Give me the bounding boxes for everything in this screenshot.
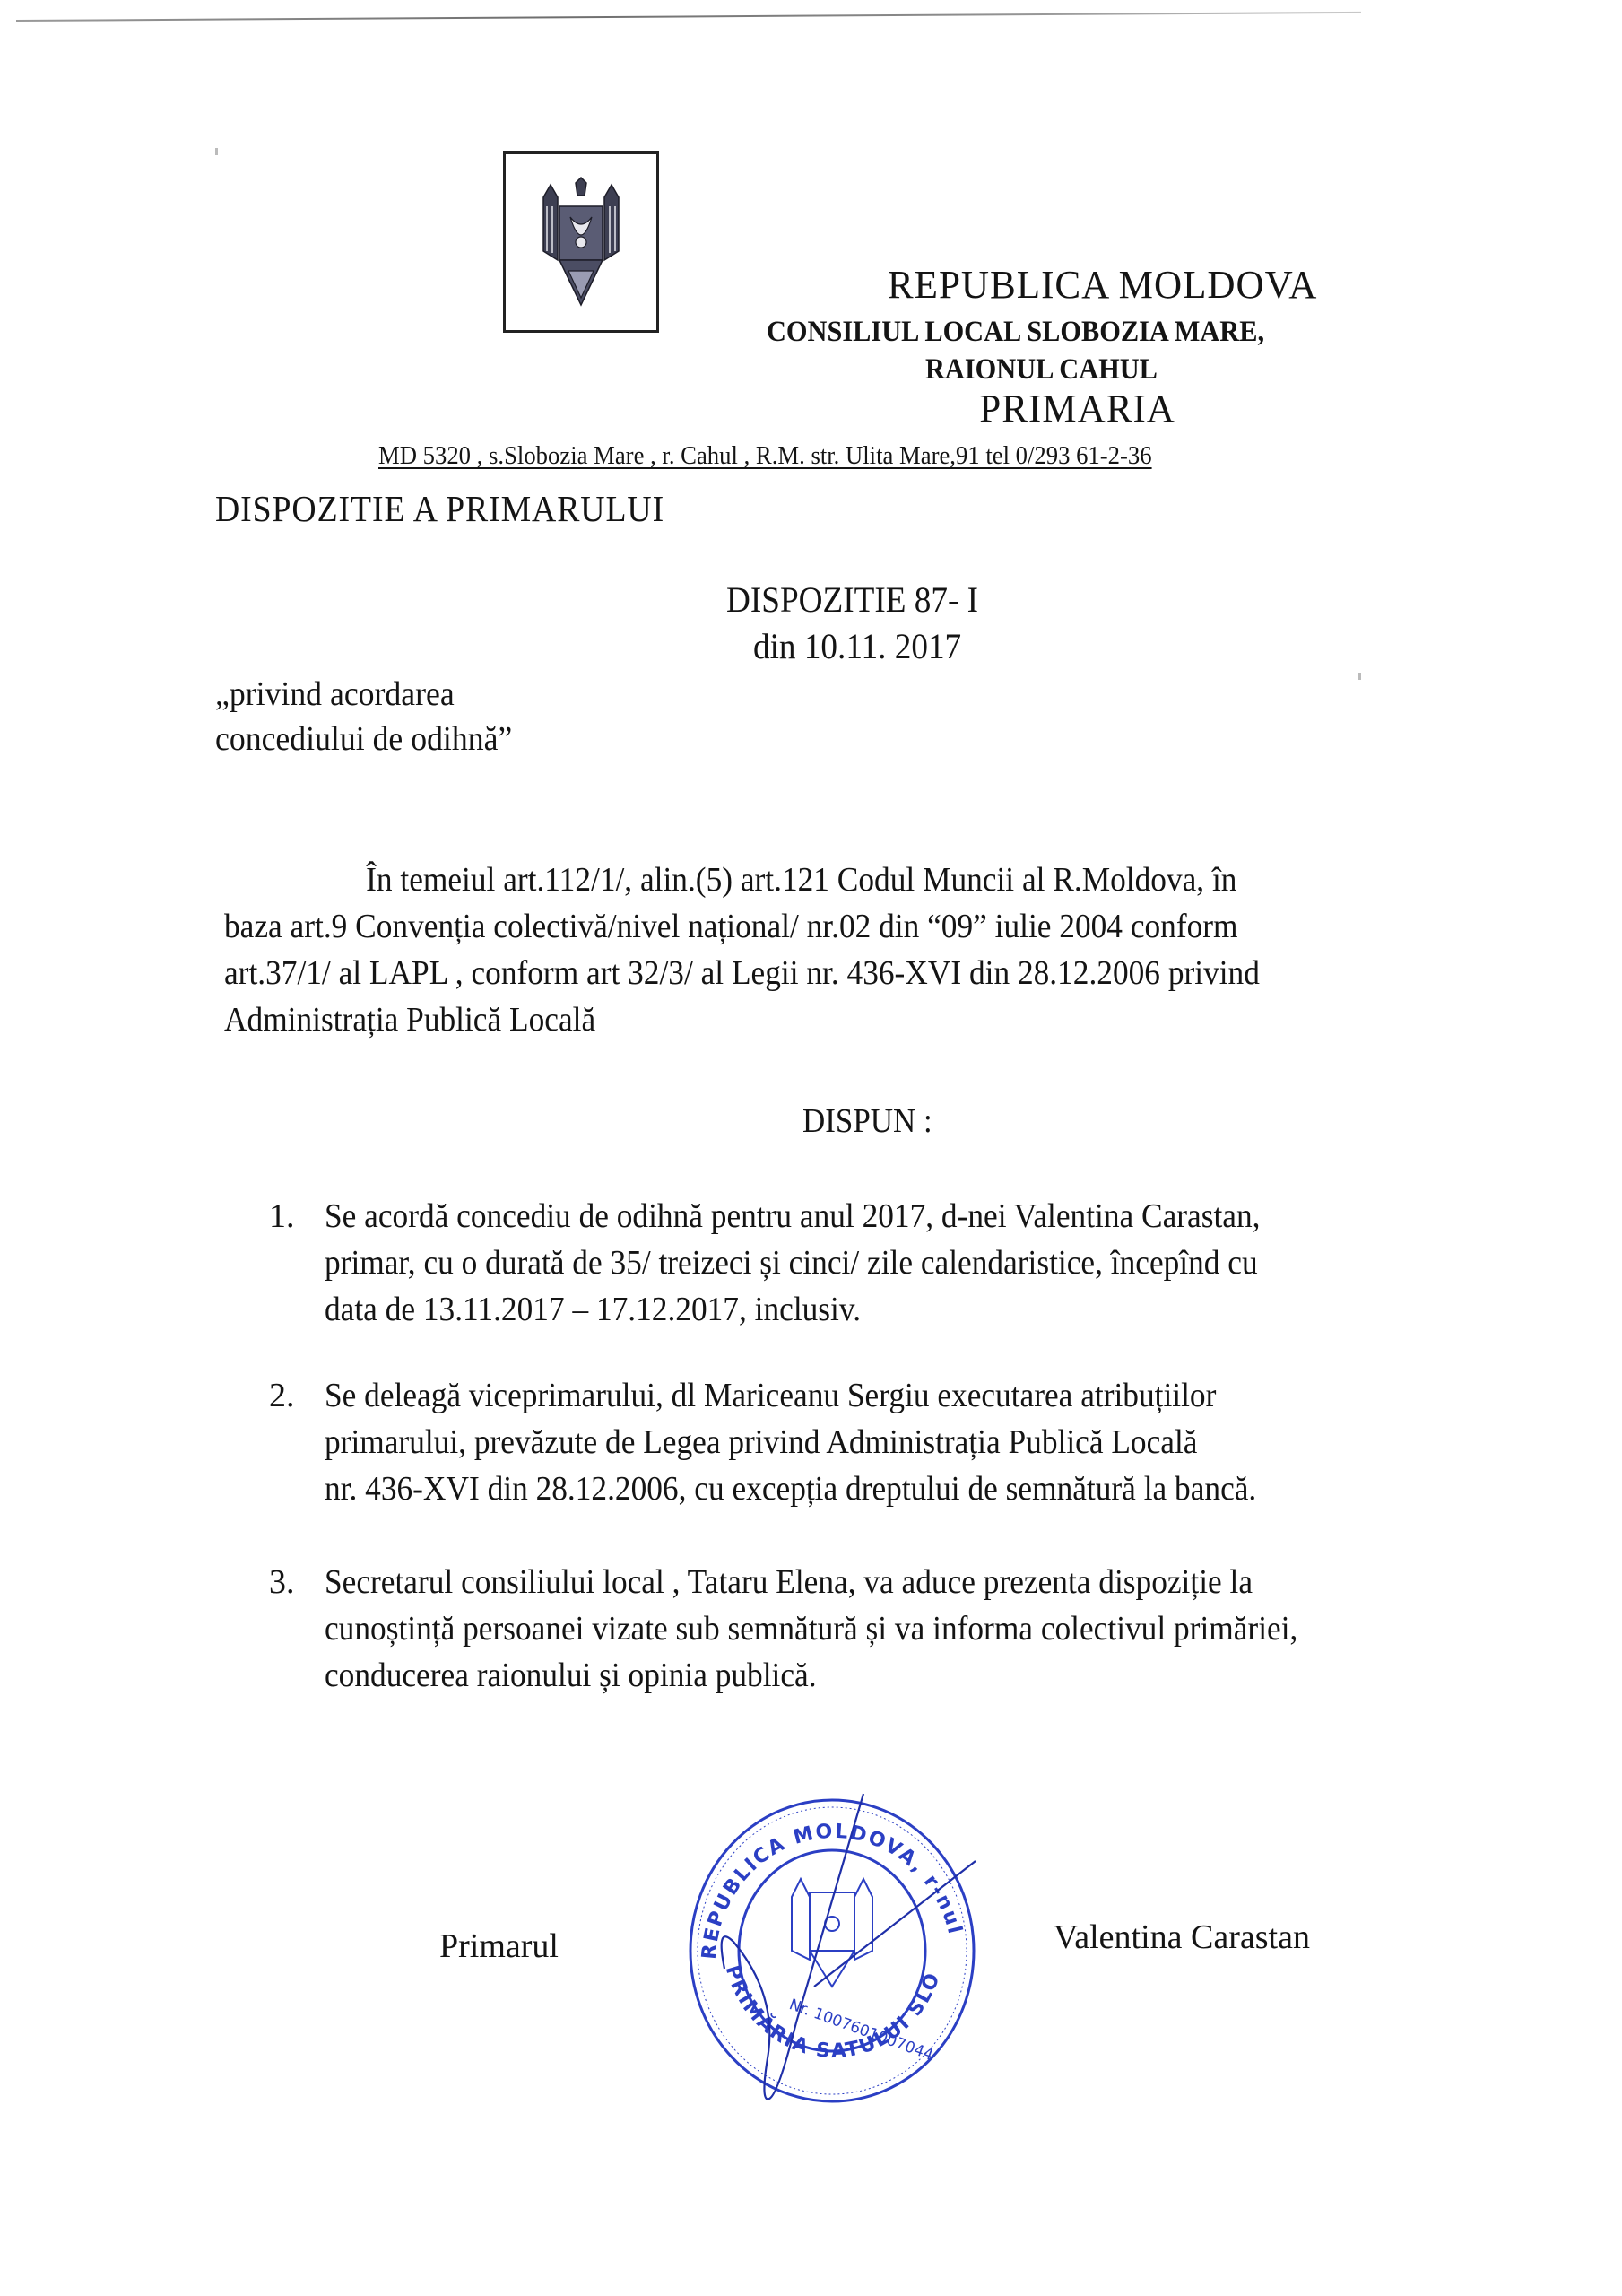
- item-line: primarului, prevăzute de Legea privind A…: [325, 1419, 1457, 1465]
- order-item: 2. Se deleagă viceprimarului, dl Maricea…: [269, 1372, 1542, 1512]
- scan-edge-line: [16, 12, 1361, 22]
- dispun-heading: DISPUN :: [802, 1101, 932, 1141]
- scan-speck: [215, 148, 218, 155]
- legal-basis-paragraph: În temeiul art.112/1/, alin.(5) art.121 …: [224, 857, 1488, 1043]
- item-number: 1.: [269, 1193, 295, 1239]
- country-heading: REPUBLICA MOLDOVA: [888, 262, 1317, 308]
- order-item: 3. Secretarul consiliului local , Tataru…: [269, 1559, 1542, 1699]
- item-line: data de 13.11.2017 – 17.12.2017, inclusi…: [325, 1286, 1457, 1333]
- preamble-line: baza art.9 Convenția colectivă/nivel naț…: [224, 903, 1400, 950]
- signatory-name: Valentina Carastan: [1054, 1918, 1310, 1957]
- signatory-role: Primarul: [439, 1926, 559, 1966]
- item-line: primar, cu o durată de 35/ treizeci și c…: [325, 1239, 1457, 1286]
- preamble-line: Administrația Publică Locală: [224, 996, 1400, 1043]
- official-stamp: REPUBLICA MOLDOVA, r-nul CAHUL PRIMĂRIA …: [680, 1789, 984, 2112]
- item-line: Se deleagă viceprimarului, dl Mariceanu …: [325, 1372, 1457, 1419]
- moldova-coat-of-arms-icon: [524, 170, 638, 314]
- preamble-line: art.37/1/ al LAPL , conform art 32/3/ al…: [224, 950, 1400, 996]
- disposition-number: DISPOZITIE 87- I: [726, 578, 978, 621]
- coat-of-arms-frame: [503, 151, 659, 333]
- document-type-title: DISPOZITIE A PRIMARULUI: [215, 487, 664, 530]
- item-line: Secretarul consiliului local , Tataru El…: [325, 1559, 1457, 1605]
- item-line: cunoștință persoanei vizate sub semnătur…: [325, 1605, 1457, 1652]
- subject-line-1: „privind acordarea: [215, 674, 455, 714]
- preamble-line: În temeiul art.112/1/, alin.(5) art.121 …: [224, 857, 1400, 903]
- item-line: nr. 436-XVI din 28.12.2006, cu excepția …: [325, 1465, 1457, 1512]
- item-line: conducerea raionului și opinia publică.: [325, 1652, 1457, 1699]
- item-number: 2.: [269, 1372, 295, 1419]
- stamp-seal-icon: REPUBLICA MOLDOVA, r-nul CAHUL PRIMĂRIA …: [680, 1789, 984, 2112]
- order-item: 1. Se acordă concediu de odihnă pentru a…: [269, 1193, 1542, 1333]
- office-heading: PRIMARIA: [979, 386, 1175, 431]
- address-line: MD 5320 , s.Slobozia Mare , r. Cahul , R…: [378, 441, 1152, 471]
- item-line: Se acordă concediu de odihnă pentru anul…: [325, 1193, 1457, 1239]
- district-heading: RAIONUL CAHUL: [925, 353, 1158, 387]
- council-heading: CONSILIUL LOCAL SLOBOZIA MARE,: [767, 316, 1264, 349]
- scan-speck: [1358, 673, 1361, 680]
- subject-line-2: concediului de odihnă”: [215, 719, 512, 759]
- item-number: 3.: [269, 1559, 295, 1605]
- disposition-date: din 10.11. 2017: [753, 625, 961, 667]
